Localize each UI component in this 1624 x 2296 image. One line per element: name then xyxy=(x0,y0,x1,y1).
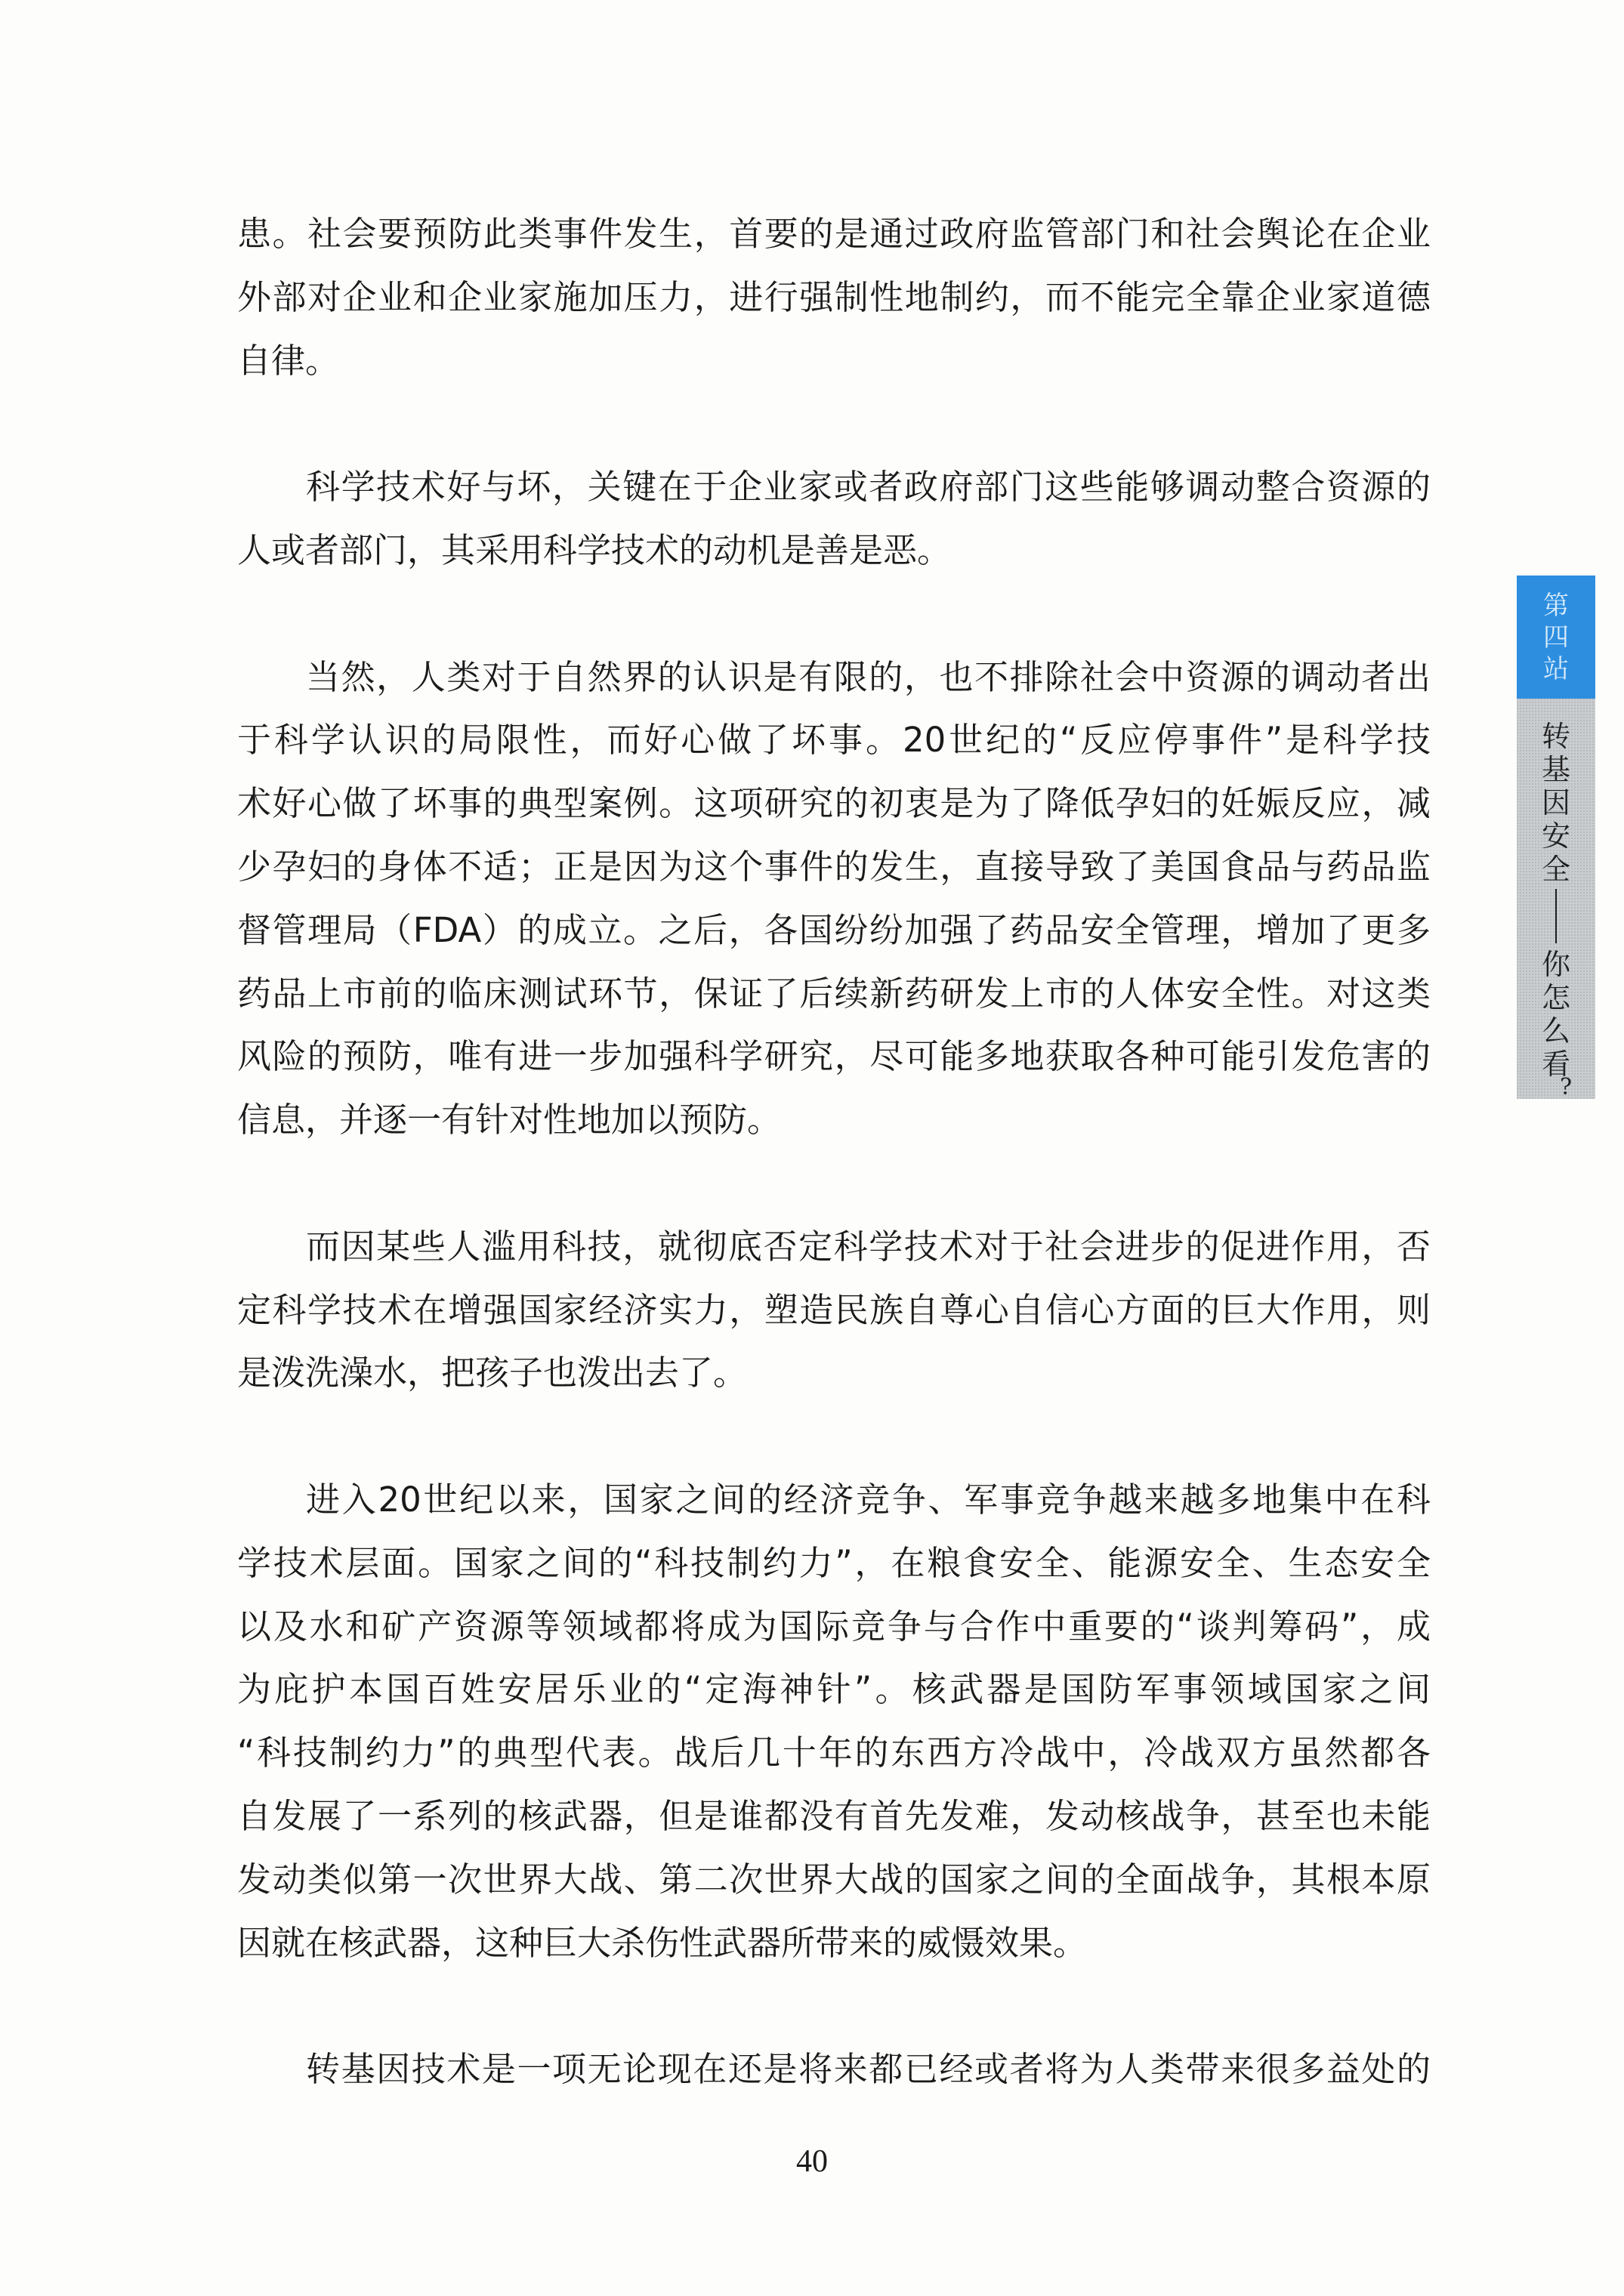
title-char: 你 xyxy=(1542,948,1570,981)
text-line: 术好心做了坏事的典型案例。这项研究的初衷是为了降低孕妇的妊娠反应，减 xyxy=(237,772,1431,835)
paragraph-3: 当然，人类对于自然界的认识是有限的，也不排除社会中资源的调动者出 于科学认识的局… xyxy=(237,646,1431,1152)
text-line: 少孕妇的身体不适；正是因为这个事件的发生，直接导致了美国食品与药品监 xyxy=(237,835,1431,899)
chapter-label: 第 四 站 xyxy=(1517,576,1595,699)
text-line: 为庇护本国百姓安居乐业的“定海神针”。核武器是国防军事领域国家之间 xyxy=(237,1658,1431,1721)
text-line: 当然，人类对于自然界的认识是有限的，也不排除社会中资源的调动者出 xyxy=(237,646,1431,709)
page-number: 40 xyxy=(0,2143,1624,2180)
body-text: 患。社会要预防此类事件发生，首要的是通过政府监管部门和社会舆论在企业 外部对企业… xyxy=(237,202,1431,2165)
title-char: 安 xyxy=(1542,819,1570,853)
text-line: 进入20世纪以来，国家之间的经济竞争、军事竞争越来越多地集中在科 xyxy=(237,1468,1431,1532)
title-char: 怎 xyxy=(1542,981,1570,1014)
text-line: “科技制约力”的典型代表。战后几十年的东西方冷战中，冷战双方虽然都各 xyxy=(237,1721,1431,1785)
text-line: 定科学技术在增强国家经济实力，塑造民族自尊心自信心方面的巨大作用，则 xyxy=(237,1279,1431,1342)
chapter-char: 第 xyxy=(1543,590,1569,622)
paragraph-4: 而因某些人滥用科技，就彻底否定科学技术对于社会进步的促进作用，否 定科学技术在增… xyxy=(237,1215,1431,1405)
question-mark: ? xyxy=(1560,1076,1572,1099)
paragraph-6: 转基因技术是一项无论现在还是将来都已经或者将为人类带来很多益处的 xyxy=(237,2038,1431,2101)
chapter-char: 四 xyxy=(1543,622,1569,653)
text-line: 风险的预防，唯有进一步加强科学研究，尽可能多地获取各种可能引发危害的 xyxy=(237,1025,1431,1088)
text-line: 外部对企业和企业家施加压力，进行强制性地制约，而不能完全靠企业家道德 xyxy=(237,266,1431,329)
text-line: 自律。 xyxy=(237,329,1431,393)
text-line: 患。社会要预防此类事件发生，首要的是通过政府监管部门和社会舆论在企业 xyxy=(237,202,1431,266)
chapter-side-tab: 第 四 站 转 基 因 安 全 你 怎 么 看 ? xyxy=(1517,576,1595,1099)
text-line: 药品上市前的临床测试环节，保证了后续新药研发上市的人体安全性。对这类 xyxy=(237,962,1431,1026)
em-dash-vertical xyxy=(1555,889,1557,943)
title-char: 么 xyxy=(1542,1014,1570,1048)
text-line: 信息，并逐一有针对性地加以预防。 xyxy=(237,1088,1431,1152)
text-line: 转基因技术是一项无论现在还是将来都已经或者将为人类带来很多益处的 xyxy=(237,2038,1431,2101)
paragraph-5: 进入20世纪以来，国家之间的经济竞争、军事竞争越来越多地集中在科 学技术层面。国… xyxy=(237,1468,1431,1974)
text-line: 督管理局（FDA）的成立。之后，各国纷纷加强了药品安全管理，增加了更多 xyxy=(237,899,1431,962)
text-line: 以及水和矿产资源等领域都将成为国际竞争与合作中重要的“谈判筹码”，成 xyxy=(237,1595,1431,1659)
text-line: 于科学认识的局限性，而好心做了坏事。20世纪的“反应停事件”是科学技 xyxy=(237,708,1431,772)
title-char: 因 xyxy=(1542,786,1570,819)
text-line: 自发展了一系列的核武器，但是谁都没有首先发难，发动核战争，甚至也未能 xyxy=(237,1785,1431,1848)
text-line: 因就在核武器，这种巨大杀伤性武器所带来的威慑效果。 xyxy=(237,1912,1431,1975)
title-char: 转 xyxy=(1542,720,1570,753)
chapter-title: 转 基 因 安 全 你 怎 么 看 ? xyxy=(1517,699,1595,1099)
text-line: 是泼洗澡水，把孩子也泼出去了。 xyxy=(237,1341,1431,1405)
text-line: 科学技术好与坏，关键在于企业家或者政府部门这些能够调动整合资源的 xyxy=(237,455,1431,519)
title-char: 基 xyxy=(1542,753,1570,786)
text-line: 学技术层面。国家之间的“科技制约力”，在粮食安全、能源安全、生态安全 xyxy=(237,1532,1431,1595)
paragraph-2: 科学技术好与坏，关键在于企业家或者政府部门这些能够调动整合资源的 人或者部门，其… xyxy=(237,455,1431,582)
book-page: 患。社会要预防此类事件发生，首要的是通过政府监管部门和社会舆论在企业 外部对企业… xyxy=(0,0,1624,2296)
text-line: 发动类似第一次世界大战、第二次世界大战的国家之间的全面战争，其根本原 xyxy=(237,1848,1431,1912)
title-char: 全 xyxy=(1542,853,1570,886)
text-line: 人或者部门，其采用科学技术的动机是善是恶。 xyxy=(237,519,1431,582)
paragraph-1: 患。社会要预防此类事件发生，首要的是通过政府监管部门和社会舆论在企业 外部对企业… xyxy=(237,202,1431,392)
chapter-char: 站 xyxy=(1543,653,1569,685)
text-line: 而因某些人滥用科技，就彻底否定科学技术对于社会进步的促进作用，否 xyxy=(237,1215,1431,1279)
